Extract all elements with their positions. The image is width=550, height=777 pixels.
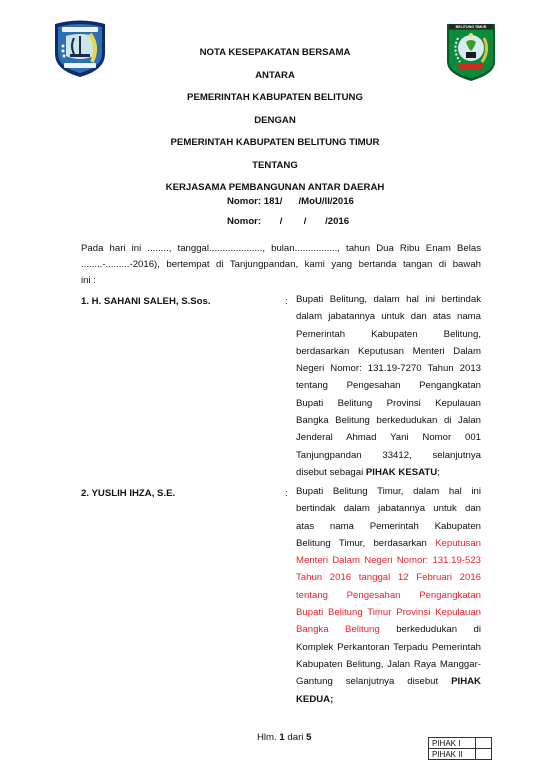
description-line: Belitung Timur, berdasarkan Keputusan <box>296 535 481 552</box>
text-run: berdasarkan Keputusan Menteri Dalam <box>296 346 481 357</box>
text-run: Keputusan <box>435 538 481 549</box>
party-2-initial-box <box>476 749 492 760</box>
text-run: Bangka Belitung berkedudukan di Jalan <box>296 415 481 426</box>
description-line: Bangka Belitung berkedudukan di <box>296 621 481 638</box>
description-line: atas nama Pemerintah Kabupaten <box>296 518 481 535</box>
description-line: Tahun 2016 tanggal 12 Februari 2016 <box>296 569 481 586</box>
text-run: Bangka Belitung <box>296 624 380 635</box>
intro-line: ........-.........-2016), bertempat di T… <box>81 257 481 273</box>
description-line: Bupati Belitung, dalam hal ini bertindak <box>296 291 481 308</box>
text-run: Bupati Belitung Timur Provinsi Kepulauan <box>296 607 481 618</box>
text-run: Gantung selanjutnya disebut <box>296 676 451 687</box>
text-run: atas nama Pemerintah Kabupaten <box>296 521 481 532</box>
description-line: bertindak dalam jabatannya untuk dan <box>296 500 481 517</box>
description-line: tentang Pengesahan Pengangkatan <box>296 587 481 604</box>
text-run: Bupati Belitung Provinsi Kepulauan <box>296 398 481 409</box>
title-line: KERJASAMA PEMBANGUNAN ANTAR DAERAH <box>0 182 550 193</box>
text-run: bertindak dalam jabatannya untuk dan <box>296 503 481 514</box>
description-line: disebut sebagai PIHAK KESATU; <box>296 464 481 481</box>
text-run: Menteri Dalam Negeri Nomor: 131.19-523 <box>296 555 481 566</box>
party-2-name: 2. YUSLIH IHZA, S.E. <box>81 488 175 499</box>
table-row: PIHAK II <box>429 749 492 760</box>
party-1-initial-box <box>476 738 492 749</box>
signature-initial-table: PIHAK I PIHAK II <box>428 737 492 760</box>
description-line: Jenderal Ahmad Yani Nomor 001 <box>296 429 481 446</box>
text-run: ; <box>437 467 440 478</box>
text-run: Tanjungpandan 33412, selanjutnya <box>296 450 481 461</box>
text-run: Bupati Belitung Timur, dalam hal ini <box>296 486 481 497</box>
party-2-label: PIHAK II <box>429 749 476 760</box>
text-run: tentang Pengesahan Pengangkatan <box>296 380 481 391</box>
party-1-label: PIHAK I <box>429 738 476 749</box>
title-line: PEMERINTAH KABUPATEN BELITUNG <box>0 92 550 103</box>
party-1-description: Bupati Belitung, dalam hal ini bertindak… <box>296 291 481 481</box>
text-run: Bupati Belitung, dalam hal ini bertindak <box>296 294 481 305</box>
text-run: Kabupaten Belitung, Jalan Raya Manggar- <box>296 659 481 670</box>
title-line: NOTA KESEPAKATAN BERSAMA <box>0 47 550 58</box>
svg-text:BELITUNG TIMUR: BELITUNG TIMUR <box>456 25 487 29</box>
title-line: PEMERINTAH KABUPATEN BELITUNG TIMUR <box>0 137 550 148</box>
text-run: Pemerintah Kabupaten Belitung, <box>296 329 481 340</box>
text-run: Tahun 2016 tanggal 12 Februari 2016 <box>296 572 481 583</box>
document-number-1: Nomor: 181/ /MoU/II/2016 <box>227 196 354 207</box>
page-total: 5 <box>306 732 311 743</box>
party-2-colon: : <box>285 488 288 499</box>
description-line: KEDUA; <box>296 691 481 708</box>
description-line: Gantung selanjutnya disebut PIHAK <box>296 673 481 690</box>
description-line: berdasarkan Keputusan Menteri Dalam <box>296 343 481 360</box>
page-footer: Hlm. 1 dari 5 <box>257 732 311 743</box>
text-run: Jenderal Ahmad Yani Nomor 001 <box>296 432 481 443</box>
page-prefix: Hlm. <box>257 732 279 743</box>
title-line: TENTANG <box>0 160 550 171</box>
text-run: dalam jabatannya untuk dan atas nama <box>296 311 481 322</box>
party-1-colon: : <box>285 296 288 307</box>
table-row: PIHAK I <box>429 738 492 749</box>
text-run: berkedudukan di <box>380 624 481 635</box>
document-number-2: Nomor: / / /2016 <box>227 216 349 227</box>
text-run: Belitung Timur, berdasarkan <box>296 538 435 549</box>
description-line: dalam jabatannya untuk dan atas nama <box>296 308 481 325</box>
description-line: Bupati Belitung Provinsi Kepulauan <box>296 395 481 412</box>
description-line: tentang Pengesahan Pengangkatan <box>296 377 481 394</box>
text-run: KEDUA; <box>296 694 333 705</box>
description-line: Bupati Belitung Timur, dalam hal ini <box>296 483 481 500</box>
description-line: Menteri Dalam Negeri Nomor: 131.19-523 <box>296 552 481 569</box>
description-line: Pemerintah Kabupaten Belitung, <box>296 326 481 343</box>
text-run: tentang Pengesahan Pengangkatan <box>296 590 481 601</box>
text-run: PIHAK KESATU <box>366 467 437 478</box>
intro-line: ini : <box>81 273 481 289</box>
title-line: ANTARA <box>0 70 550 81</box>
text-run: Komplek Perkantoran Terpadu Pemerintah <box>296 642 481 653</box>
title-line: DENGAN <box>0 115 550 126</box>
text-run: Negeri Nomor: 131.19-7270 Tahun 2013 <box>296 363 481 374</box>
intro-line: Pada hari ini ........, tanggal.........… <box>81 241 481 257</box>
description-line: Bangka Belitung berkedudukan di Jalan <box>296 412 481 429</box>
description-line: Bupati Belitung Timur Provinsi Kepulauan <box>296 604 481 621</box>
description-line: Tanjungpandan 33412, selanjutnya <box>296 447 481 464</box>
intro-paragraph: Pada hari ini ........, tanggal.........… <box>81 241 481 289</box>
party-2-description: Bupati Belitung Timur, dalam hal inibert… <box>296 483 481 708</box>
text-run: PIHAK <box>451 676 481 687</box>
description-line: Kabupaten Belitung, Jalan Raya Manggar- <box>296 656 481 673</box>
party-1-name: 1. H. SAHANI SALEH, S.Sos. <box>81 296 211 307</box>
description-line: Komplek Perkantoran Terpadu Pemerintah <box>296 639 481 656</box>
text-run: disebut sebagai <box>296 467 366 478</box>
page-middle: dari <box>285 732 306 743</box>
description-line: Negeri Nomor: 131.19-7270 Tahun 2013 <box>296 360 481 377</box>
